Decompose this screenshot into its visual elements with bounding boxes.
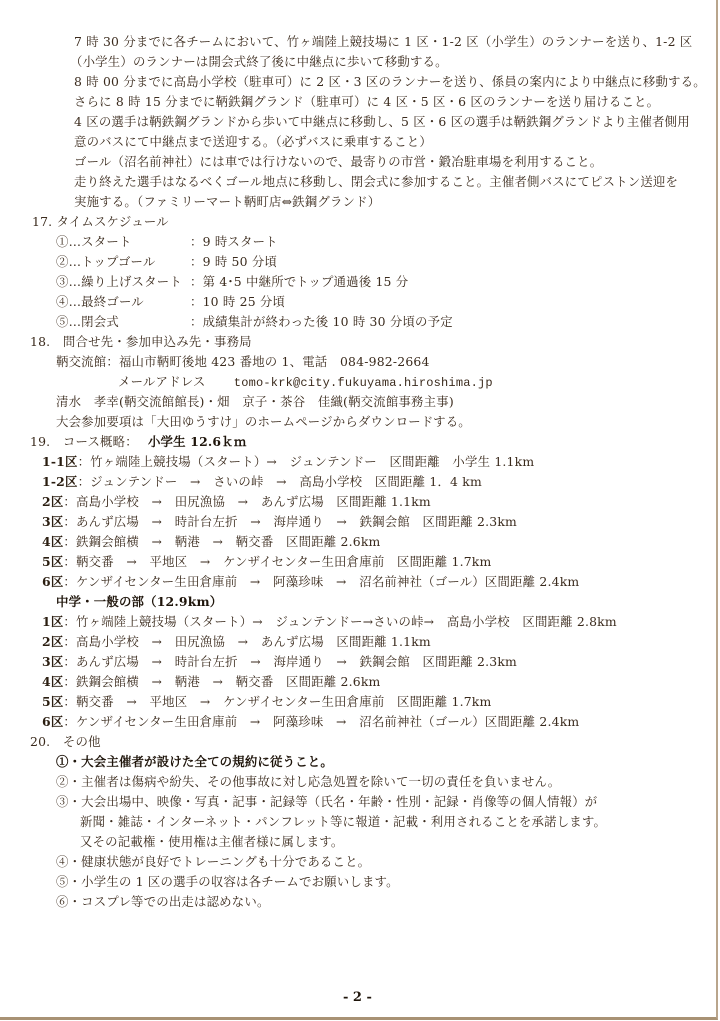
note-item: ⑥・コスプレ等での出走は認めない。 [56, 892, 270, 912]
course-leg: 3区：あんず広場 → 時計台左折 → 海岸通り → 鉄鋼会館 区間距離 2.3k… [42, 652, 517, 672]
schedule-item: ①…スタート ：9 時スタート [56, 232, 132, 252]
note-item: ⑤・小学生の 1 区の選手の収容は各チームでお願いします。 [56, 872, 399, 892]
leg-label: 1-2区 [42, 472, 78, 492]
leg-route: ：あんず広場 → 時計台左折 → 海岸通り → 鉄鋼会館 区間距離 2.3km [63, 654, 517, 669]
intro-line: 7 時 30 分までに各チームにおいて、竹ヶ端陸上競技場に 1 区・1-2 区（… [74, 32, 692, 52]
course-leg: 3区：あんず広場 → 時計台左折 → 海岸通り → 鉄鋼会館 区間距離 2.3k… [42, 512, 517, 532]
schedule-label: ③…繰り上げスタート [56, 274, 182, 289]
note-item: ④・健康状態が良好でトレーニングも十分であること。 [56, 852, 370, 872]
leg-route: ：竹ヶ端陸上競技場（スタート）→ ジュンテンドー→さいの峠→ 高島小学校 区間距… [63, 614, 616, 629]
course-leg: 1-1区：竹ヶ端陸上競技場（スタート）→ ジュンテンドー 区間距離 小学生 1.… [42, 452, 534, 472]
leg-route: ：鞆交番 → 平地区 → ケンザイセンター生田倉庫前 区間距離 1.7km [63, 554, 491, 569]
leg-label: 5区 [42, 552, 63, 572]
email-label: メールアドレス [118, 374, 206, 389]
section-19-heading: 19. コース概略： [30, 434, 138, 449]
intro-line: さらに 8 時 15 分までに鞆鉄鋼グランド（駐車可）に 4 区・5 区・6 区… [74, 92, 659, 112]
section-17-heading: 17. タイムスケジュール [32, 212, 169, 232]
leg-label: 6区 [42, 712, 63, 732]
schedule-label: ①…スタート [56, 234, 132, 249]
course-leg: 2区：高島小学校 → 田尻漁協 → あんず広場 区間距離 1.1km [42, 632, 431, 652]
contact-staff: 清水 孝幸(鞆交流館館長)・畑 京子・茶谷 佳織(鞆交流館事務主事) [56, 392, 454, 412]
schedule-value: ：10 時 25 分頃 [190, 292, 285, 312]
page-number: - 2 - [343, 990, 372, 1005]
note-item-continued: 又その記載権・使用権は主催者様に属します。 [80, 832, 343, 852]
note-item: ②・主催者は傷病や紛失、その他事故に対し応急処置を除いて一切の責任を負いません。 [56, 772, 560, 792]
course-leg: 6区：ケンザイセンター生田倉庫前 → 阿藻珍味 → 沼名前神社（ゴール）区間距離… [42, 572, 579, 592]
intro-line: （小学生）のランナーは開会式終了後に中継点に歩いて移動する。 [70, 52, 448, 72]
schedule-item: ⑤…閉会式 ：成績集計が終わった後 10 時 30 分頃の予定 [56, 312, 119, 332]
schedule-label: ④…最終ゴール [56, 294, 144, 309]
leg-label: 2区 [42, 492, 63, 512]
section-19-heading-row: 19. コース概略： 小学生 12.6ｋｍ [30, 432, 246, 452]
note-item: ③・大会出場中、映像・写真・記事・記録等（氏名・年齢・性別・記録・肖像等の個人情… [56, 792, 597, 812]
intro-line: 4 区の選手は鞆鉄鋼グランドから歩いて中継点に移動し、5 区・6 区の選手は鞆鉄… [74, 112, 690, 132]
elementary-course-title: 小学生 12.6ｋｍ [148, 434, 246, 449]
schedule-item: ③…繰り上げスタート ：第 4･5 中継所でトップ通過後 15 分 [56, 272, 182, 292]
leg-route: ：あんず広場 → 時計台左折 → 海岸通り → 鉄鋼会館 区間距離 2.3km [63, 514, 517, 529]
leg-label: 3区 [42, 512, 63, 532]
schedule-item: ②…トップゴール ：9 時 50 分頃 [56, 252, 156, 272]
leg-route: ：鉄鋼会館横 → 鞆港 → 鞆交番 区間距離 2.6km [63, 534, 380, 549]
leg-route: ：高島小学校 → 田尻漁協 → あんず広場 区間距離 1.1km [63, 494, 430, 509]
course-leg: 4区：鉄鋼会館横 → 鞆港 → 鞆交番 区間距離 2.6km [42, 672, 381, 692]
leg-route: ：ジュンテンドー → さいの峠 → 高島小学校 区間距離 1．4 km [78, 474, 482, 489]
general-course-title: 中学・一般の部（12.9km） [56, 592, 222, 612]
course-leg: 1区：竹ヶ端陸上競技場（スタート）→ ジュンテンドー→さいの峠→ 高島小学校 区… [42, 612, 617, 632]
leg-label: 3区 [42, 652, 63, 672]
intro-line: 意のバスにて中継点まで送迎する。（必ずバスに乗車すること） [74, 132, 432, 152]
note-item: ①・大会主催者が設けた全ての規約に従うこと。 [56, 752, 333, 772]
leg-label: 6区 [42, 572, 63, 592]
leg-label: 4区 [42, 532, 63, 552]
document-page: 7 時 30 分までに各チームにおいて、竹ヶ端陸上競技場に 1 区・1-2 区（… [0, 0, 718, 1020]
leg-label: 2区 [42, 632, 63, 652]
leg-route: ：鉄鋼会館横 → 鞆港 → 鞆交番 区間距離 2.6km [63, 674, 380, 689]
leg-label: 4区 [42, 672, 63, 692]
leg-route: ：ケンザイセンター生田倉庫前 → 阿藻珍味 → 沼名前神社（ゴール）区間距離 2… [63, 714, 579, 729]
schedule-item: ④…最終ゴール ：10 時 25 分頃 [56, 292, 144, 312]
course-leg: 5区：鞆交番 → 平地区 → ケンザイセンター生田倉庫前 区間距離 1.7km [42, 692, 491, 712]
download-note: 大会参加要項は「大田ゆうすけ」のホームページからダウンロードする。 [56, 412, 471, 432]
schedule-value: ：成績集計が終わった後 10 時 30 分頃の予定 [190, 312, 453, 332]
leg-route: ：ケンザイセンター生田倉庫前 → 阿藻珍味 → 沼名前神社（ゴール）区間距離 2… [63, 574, 579, 589]
schedule-value: ：9 時スタート [190, 232, 278, 252]
section-20-heading: 20. その他 [30, 732, 101, 752]
course-leg: 1-2区：ジュンテンドー → さいの峠 → 高島小学校 区間距離 1．4 km [42, 472, 482, 492]
schedule-value: ：第 4･5 中継所でトップ通過後 15 分 [190, 272, 408, 292]
intro-line: ゴール（沼名前神社）には車では行けないので、最寄りの市営・鍛冶駐車場を利用するこ… [74, 152, 602, 172]
course-leg: 5区：鞆交番 → 平地区 → ケンザイセンター生田倉庫前 区間距離 1.7km [42, 552, 491, 572]
section-18-heading: 18. 問合せ先・参加申込み先・事務局 [30, 332, 252, 352]
note-item-continued: 新聞・雑誌・インターネット・パンフレット等に報道・記載・利用されることを承諾しま… [80, 812, 606, 832]
leg-route: ：鞆交番 → 平地区 → ケンザイセンター生田倉庫前 区間距離 1.7km [63, 694, 491, 709]
leg-route: ：竹ヶ端陸上競技場（スタート）→ ジュンテンドー 区間距離 小学生 1.1km [78, 454, 535, 469]
leg-label: 1区 [42, 612, 63, 632]
course-leg: 2区：高島小学校 → 田尻漁協 → あんず広場 区間距離 1.1km [42, 492, 431, 512]
course-leg: 4区：鉄鋼会館横 → 鞆港 → 鞆交番 区間距離 2.6km [42, 532, 381, 552]
schedule-label: ②…トップゴール [56, 254, 156, 269]
leg-label: 1-1区 [42, 452, 78, 472]
leg-label: 5区 [42, 692, 63, 712]
email-address[interactable]: tomo-krk@city.fukuyama.hiroshima.jp [234, 376, 493, 390]
intro-line: 走り終えた選手はなるべくゴール地点に移動し、閉会式に参加すること。主催者側バスに… [74, 172, 678, 192]
intro-line: 8 時 00 分までに高島小学校（駐車可）に 2 区・3 区のランナーを送り、係… [74, 72, 706, 92]
intro-line: 実施する。（ファミリーマート鞆町店⇔鉄鋼グランド） [74, 192, 380, 212]
contact-address: 鞆交流館：福山市鞆町後地 423 番地の 1、電話 084-982-2664 [56, 352, 430, 372]
leg-route: ：高島小学校 → 田尻漁協 → あんず広場 区間距離 1.1km [63, 634, 430, 649]
schedule-value: ：9 時 50 分頃 [190, 252, 277, 272]
schedule-label: ⑤…閉会式 [56, 314, 119, 329]
course-leg: 6区：ケンザイセンター生田倉庫前 → 阿藻珍味 → 沼名前神社（ゴール）区間距離… [42, 712, 579, 732]
contact-email-row: メールアドレス tomo-krk@city.fukuyama.hiroshima… [118, 372, 493, 393]
